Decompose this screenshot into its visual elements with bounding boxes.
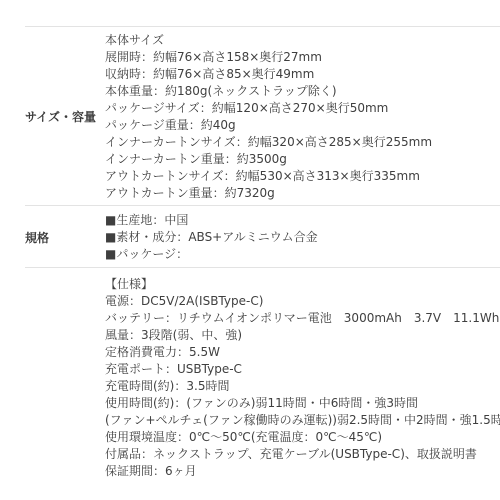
spec-row-standards: 規格 ■生産地：中国 ■素材・成分：ABS+アルミニウム合金 ■パッケージ： bbox=[25, 206, 500, 268]
spec-line: 充電ポート：USBType-C bbox=[105, 361, 500, 378]
spec-line: 保証期間：6ヶ月 bbox=[105, 463, 500, 480]
spec-line: 充電時間(約)：3.5時間 bbox=[105, 378, 500, 395]
spec-content-standards: ■生産地：中国 ■素材・成分：ABS+アルミニウム合金 ■パッケージ： bbox=[105, 212, 500, 263]
spec-line: パッケージサイズ：約幅120×高さ270×奥行50mm bbox=[105, 100, 500, 117]
spec-line: バッテリー：リチウムイオンポリマー電池 3000mAh 3.7V 11.1Wh bbox=[105, 310, 500, 327]
spec-line: インナーカートンサイズ：約幅320×高さ285×奥行255mm bbox=[105, 134, 500, 151]
spec-line: 使用環境温度：0℃～50℃(充電温度：0℃～45℃) bbox=[105, 429, 500, 446]
spec-line: 収納時：約幅76×高さ85×奥行49mm bbox=[105, 66, 500, 83]
section-label-standards: 規格 bbox=[25, 212, 105, 263]
spec-line: 付属品：ネックストラップ、充電ケーブル(USBType-C)、取扱説明書 bbox=[105, 446, 500, 463]
spec-line: 本体重量：約180g(ネックストラップ除く) bbox=[105, 83, 500, 100]
spec-row-size-capacity: サイズ・容量 本体サイズ 展開時：約幅76×高さ158×奥行27mm 収納時：約… bbox=[25, 27, 500, 206]
spec-line: ■素材・成分：ABS+アルミニウム合金 bbox=[105, 229, 500, 246]
spec-line: (ファン+ペルチェ(ファン稼働時のみ運転))弱2.5時間・中2時間・強1.5時間 bbox=[105, 412, 500, 429]
spec-line: 【仕様】 bbox=[105, 276, 500, 293]
spec-line: ■生産地：中国 bbox=[105, 212, 500, 229]
spec-line: インナーカートン重量：約3500g bbox=[105, 151, 500, 168]
spec-content-size-capacity: 本体サイズ 展開時：約幅76×高さ158×奥行27mm 収納時：約幅76×高さ8… bbox=[105, 32, 500, 202]
section-label-empty bbox=[25, 276, 105, 480]
spec-line: 展開時：約幅76×高さ158×奥行27mm bbox=[105, 49, 500, 66]
spec-line: パッケージ重量：約40g bbox=[105, 117, 500, 134]
spec-line: 風量：3段階(弱、中、強) bbox=[105, 327, 500, 344]
spec-line: 定格消費電力：5.5W bbox=[105, 344, 500, 361]
spec-line: 電源：DC5V/2A(ISBType-C) bbox=[105, 293, 500, 310]
spec-line: アウトカートン重量：約7320g bbox=[105, 185, 500, 202]
spec-row-specifications: 【仕様】 電源：DC5V/2A(ISBType-C) バッテリー：リチウムイオン… bbox=[25, 268, 500, 488]
spec-line: アウトカートンサイズ：約幅530×高さ313×奥行335mm bbox=[105, 168, 500, 185]
spec-content-specifications: 【仕様】 電源：DC5V/2A(ISBType-C) バッテリー：リチウムイオン… bbox=[105, 276, 500, 480]
spec-line: 使用時間(約)：(ファンのみ)弱11時間・中6時間・強3時間 bbox=[105, 395, 500, 412]
section-label-size-capacity: サイズ・容量 bbox=[25, 32, 105, 202]
product-spec-table: サイズ・容量 本体サイズ 展開時：約幅76×高さ158×奥行27mm 収納時：約… bbox=[25, 26, 500, 488]
spec-line: ■パッケージ： bbox=[105, 246, 500, 263]
spec-line: 本体サイズ bbox=[105, 32, 500, 49]
